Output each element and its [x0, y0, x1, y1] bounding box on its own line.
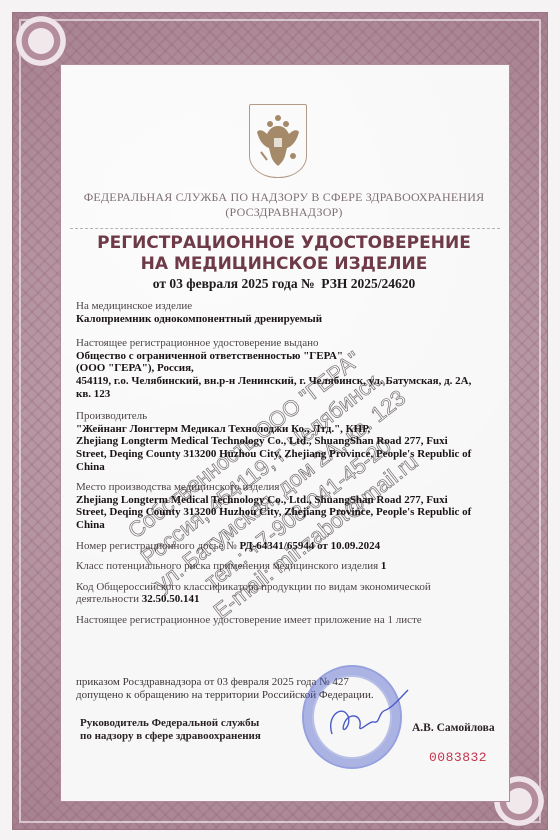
signer-name: А.В. Самойлова	[412, 722, 495, 734]
agency-line-1: ФЕДЕРАЛЬНАЯ СЛУЖБА ПО НАДЗОРУ В СФЕРЕ ЗД…	[60, 190, 508, 205]
signer-title-line: Руководитель Федеральной службы	[80, 717, 261, 730]
title-line-1: РЕГИСТРАЦИОННОЕ УДОСТОВЕРЕНИЕ	[60, 233, 508, 254]
holder-label: Настоящее регистрационное удостоверение …	[76, 337, 501, 350]
title-line-2: НА МЕДИЦИНСКОЕ ИЗДЕЛИЕ	[60, 254, 508, 275]
okpd-label: Код Общероссийского классификатора проду…	[76, 581, 501, 594]
manufacturer-section: Производитель "Жейнанг Лонгтерм Медикал …	[76, 410, 501, 473]
double-headed-eagle-icon	[255, 112, 301, 170]
risk-class-value: 1	[381, 560, 387, 572]
order-section: приказом Росздравнадзора от 03 февраля 2…	[76, 676, 501, 701]
production-site-line: Zhejiang Longterm Medical Technology Co.…	[76, 494, 501, 507]
manufacturer-line: China	[76, 461, 501, 474]
appendix-text: Настоящее регистрационное удостоверение …	[76, 614, 422, 626]
device-name: Калоприемник однокомпонентный дренируемы…	[76, 313, 501, 326]
holder-line: Общество с ограниченной ответственностью…	[76, 350, 501, 363]
divider	[70, 228, 500, 229]
issue-date-number: от 03 февраля 2025 года № РЗН 2025/24620	[60, 276, 508, 292]
document-title: РЕГИСТРАЦИОННОЕ УДОСТОВЕРЕНИЕ НА МЕДИЦИН…	[60, 233, 508, 275]
holder-section: Настоящее регистрационное удостоверение …	[76, 337, 501, 400]
dossier-number: РД-64341/65944 от 10.09.2024	[240, 540, 381, 552]
signer-title-line: по надзору в сфере здравоохранения	[80, 730, 261, 743]
coat-of-arms-icon	[249, 104, 307, 178]
manufacturer-line: Zhejiang Longterm Medical Technology Co.…	[76, 435, 501, 448]
holder-line: 454119, г.о. Челябинский, вн.р-н Ленинск…	[76, 375, 501, 388]
production-site-section: Место производства медицинского изделия …	[76, 481, 501, 531]
okpd-section: Код Общероссийского классификатора проду…	[76, 581, 501, 606]
registration-number: РЗН 2025/24620	[321, 276, 415, 291]
okpd-label: деятельности	[76, 593, 139, 605]
dossier-label: Номер регистрационного досье №	[76, 540, 237, 552]
device-label: На медицинское изделие	[76, 300, 501, 313]
issue-date: от 03 февраля 2025 года №	[153, 276, 315, 291]
device-section: На медицинское изделие Калоприемник одно…	[76, 300, 501, 325]
signature-icon	[322, 686, 412, 746]
agency-line-2: (РОСЗДРАВНАДЗОР)	[60, 205, 508, 220]
production-site-label: Место производства медицинского изделия	[76, 481, 501, 494]
certificate-body: На медицинское изделие Калоприемник одно…	[76, 300, 501, 632]
risk-class-section: Класс потенциального риска применения ме…	[76, 560, 501, 573]
order-line: допущено к обращению на территории Росси…	[76, 689, 501, 702]
holder-line: кв. 123	[76, 388, 501, 401]
signer-title: Руководитель Федеральной службы по надзо…	[80, 717, 261, 743]
okpd-code: 32.50.50.141	[142, 593, 200, 605]
production-site-line: China	[76, 519, 501, 532]
serial-number: 0083832	[429, 750, 487, 765]
manufacturer-label: Производитель	[76, 410, 501, 423]
agency-name: ФЕДЕРАЛЬНАЯ СЛУЖБА ПО НАДЗОРУ В СФЕРЕ ЗД…	[60, 190, 508, 220]
production-site-line: Street, Deqing County 313200 Huzhou City…	[76, 506, 501, 519]
risk-class-label: Класс потенциального риска применения ме…	[76, 560, 378, 572]
holder-line: (ООО "ГЕРА"), Россия,	[76, 362, 501, 375]
appendix-note: Настоящее регистрационное удостоверение …	[76, 614, 501, 627]
order-line: приказом Росздравнадзора от 03 февраля 2…	[76, 676, 501, 689]
manufacturer-line: "Жейнанг Лонгтерм Медикал Технолоджи Ко.…	[76, 423, 501, 436]
dossier-section: Номер регистрационного досье № РД-64341/…	[76, 540, 501, 553]
manufacturer-line: Street, Deqing County 313200 Huzhou City…	[76, 448, 501, 461]
